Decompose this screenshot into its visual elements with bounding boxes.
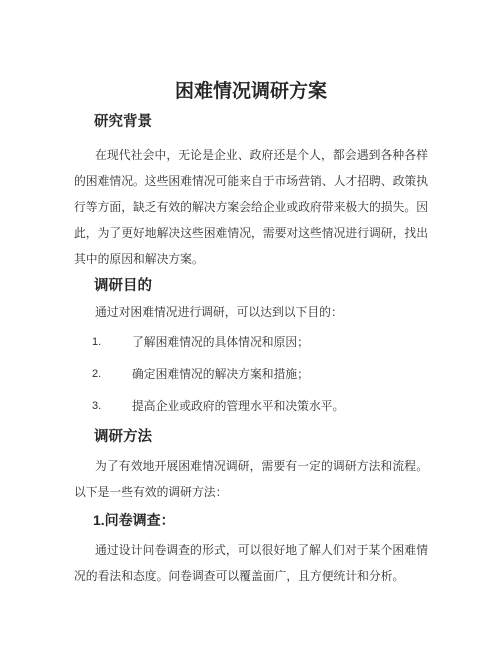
- list-item-text: 了解困难情况的具体情况和原因；: [132, 329, 428, 355]
- list-item-text: 确定困难情况的解决方案和措施；: [132, 361, 428, 387]
- survey-purpose-list: 1. 了解困难情况的具体情况和原因； 2. 确定困难情况的解决方案和措施； 3.…: [74, 329, 428, 419]
- list-item-number: 2.: [92, 361, 132, 387]
- document-page: 困难情况调研方案 研究背景 在现代社会中，无论是企业、政府还是个人，都会遇到各种…: [0, 0, 500, 647]
- section-heading-research-background: 研究背景: [94, 109, 428, 135]
- list-item: 2. 确定困难情况的解决方案和措施；: [92, 361, 428, 387]
- list-item-number: 3.: [92, 393, 132, 419]
- method-1-questionnaire-paragraph: 通过设计问卷调查的形式，可以很好地了解人们对于某个困难情况的看法和态度。问卷调查…: [74, 537, 428, 589]
- list-item-number: 1.: [92, 329, 132, 355]
- list-item: 1. 了解困难情况的具体情况和原因；: [92, 329, 428, 355]
- document-title: 困难情况调研方案: [74, 79, 428, 105]
- method-1-questionnaire-heading: 1.问卷调查：: [93, 507, 428, 533]
- list-item: 3. 提高企业或政府的管理水平和决策水平。: [92, 393, 428, 419]
- list-item-text: 提高企业或政府的管理水平和决策水平。: [132, 393, 428, 419]
- survey-purpose-intro: 通过对困难情况进行调研，可以达到以下目的：: [74, 299, 428, 325]
- research-background-paragraph: 在现代社会中，无论是企业、政府还是个人，都会遇到各种各样的困难情况。这些困难情况…: [74, 142, 428, 272]
- survey-methods-intro: 为了有效地开展困难情况调研，需要有一定的调研方法和流程。以下是一些有效的调研方法…: [74, 453, 428, 505]
- section-heading-survey-methods: 调研方法: [94, 424, 428, 450]
- section-heading-survey-purpose: 调研目的: [94, 273, 428, 299]
